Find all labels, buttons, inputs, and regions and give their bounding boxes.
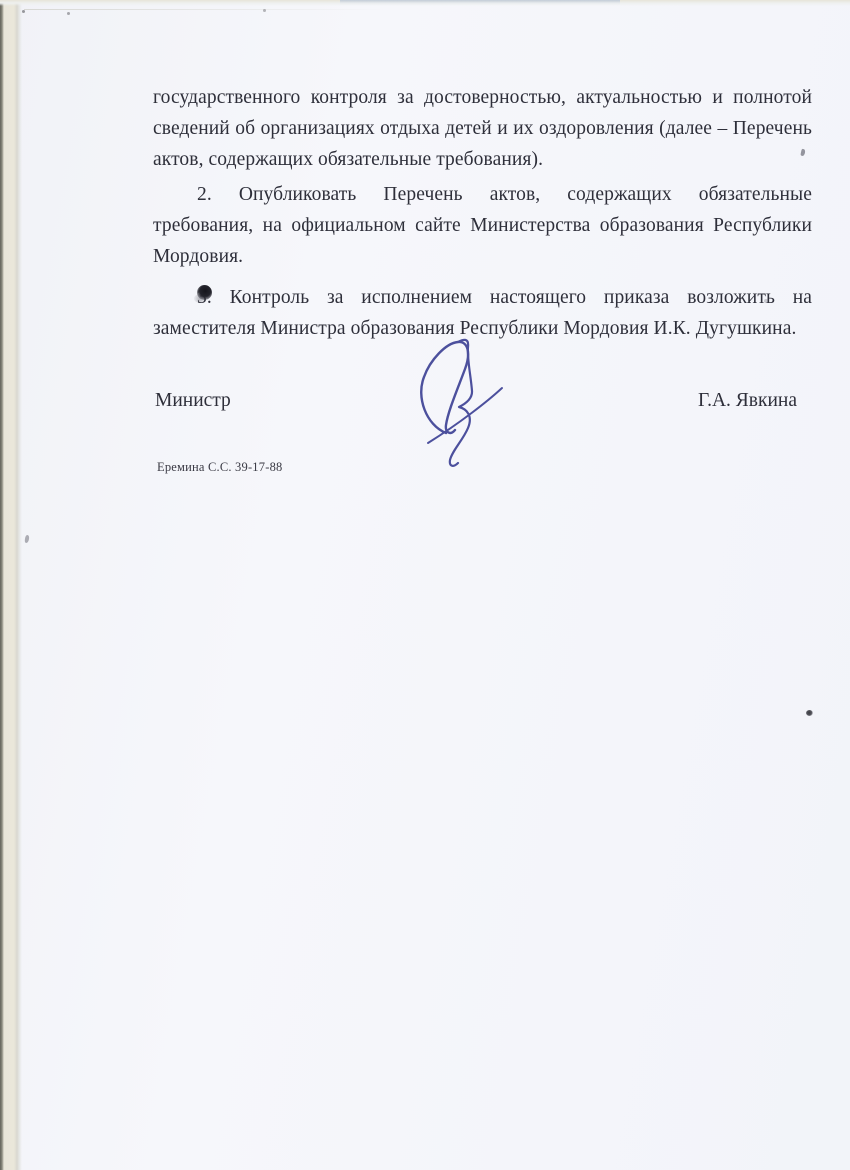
- handwritten-signature: [402, 333, 514, 473]
- scan-speck: [806, 710, 813, 716]
- paragraph-2-line-3: Мордовия.: [153, 241, 812, 272]
- paragraph-3-line-1: 3. Контроль за исполнением настоящего пр…: [153, 282, 812, 313]
- paragraph-1-line-3: актов, содержащих обязательные требовани…: [153, 144, 812, 175]
- scan-speck: [24, 535, 29, 543]
- signer-name: Г.А. Явкина: [698, 385, 797, 416]
- document-body: государственного контроля за достовернос…: [153, 82, 812, 344]
- scanned-document-page: { "document": { "kind": "scanned-order-p…: [0, 0, 850, 1170]
- scan-speck: [263, 9, 266, 12]
- scan-speck: [67, 12, 70, 15]
- paragraph-1-line-2: сведений об организациях отдыха детей и …: [153, 113, 812, 144]
- paragraph-1: государственного контроля за достовернос…: [153, 82, 812, 175]
- paragraph-2-line-1: 2. Опубликовать Перечень актов, содержащ…: [153, 179, 812, 210]
- executor-note: Еремина С.С. 39-17-88: [157, 460, 282, 475]
- scan-speck: [764, 299, 768, 303]
- paragraph-2: 2. Опубликовать Перечень актов, содержащ…: [153, 179, 812, 272]
- paragraph-1-line-1: государственного контроля за достовернос…: [153, 82, 812, 113]
- paragraph-2-line-2: требования, на официальном сайте Министе…: [153, 210, 812, 241]
- scan-speck: [22, 10, 25, 13]
- post-label: Министр: [155, 385, 231, 416]
- scan-left-edge: [0, 0, 22, 1170]
- scan-top-edge-tint: [340, 0, 620, 5]
- ink-blot-over-item-3: [197, 285, 212, 300]
- paper-top-edge-line: [24, 9, 384, 10]
